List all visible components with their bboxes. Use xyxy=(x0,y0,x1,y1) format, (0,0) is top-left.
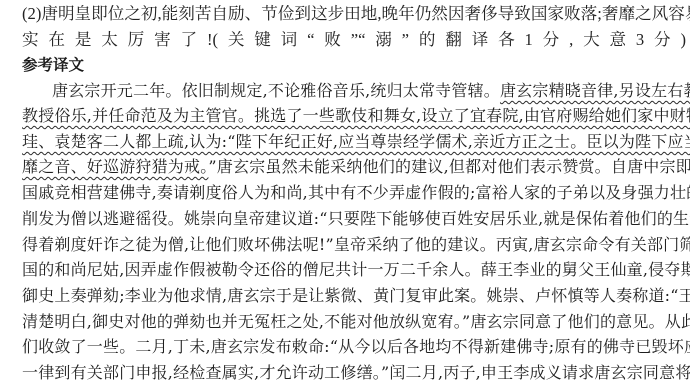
wavy-underlined-text: 珪、袁楚客二人都上疏,认为:“陛下年纪正好,应当尊崇经学儒术,亲近方正之士。臣以… xyxy=(22,132,690,151)
wavy-underlined-text: 教授俗乐,并任命范及为主管官。挑选了一些歌伎和舞女,设立了宜春院,由官府赐给她们… xyxy=(22,106,690,125)
translation-line: 得着剃度奸诈之徒为僧,让他们败坏佛法呢!”皇帝采纳了他的建议。丙寅,唐玄宗命令有… xyxy=(22,234,686,256)
translation-line: 一律到有关部门申报,经检查属实,才允许动工修缮。”闰二月,丙子,申王李成义请求唐… xyxy=(22,362,686,384)
wavy-underlined-text: 靡之音、好巡游狩猎为戒。 xyxy=(22,157,208,176)
answer-line-2: 实在是太厉害了!(关键词“败”“溺”的翻译各1分,大意3分) xyxy=(22,29,686,51)
translation-line: 们收敛了一些。二月,丁未,唐玄宗发布敕命:“从今以后各地均不得新建佛寺;原有的佛… xyxy=(22,336,686,358)
translation-line: 珪、袁楚客二人都上疏,认为:“陛下年纪正好,应当尊崇经学儒术,亲近方正之士。臣以… xyxy=(22,131,686,153)
wavy-underlined-text: 唐玄宗精晓音律,另设左右教坊来负责 xyxy=(500,81,690,100)
translation-line: 靡之音、好巡游狩猎为戒。”唐玄宗虽然未能采纳他们的建议,但都对他们表示赞赏。自唐… xyxy=(22,156,686,178)
translation-line: 唐玄宗开元二年。依旧制规定,不论雅俗音乐,统归太常寺管辖。唐玄宗精晓音律,另设左… xyxy=(52,80,686,102)
translation-line: 清楚明白,御史对他的弹劾也并无冤枉之处,不能对他放纵宽宥。”唐玄宗同意了他们的意… xyxy=(22,311,686,333)
document-page: (2)唐明皇即位之初,能刻苦自励、节俭到这步田地,晚年仍然因奢侈导致国家败落;奢… xyxy=(0,0,690,391)
translation-line: 御史上奏弹劾;李业为他求情,唐玄宗于是让紫微、黄门复审此案。姚崇、卢怀慎等人奏称… xyxy=(22,285,686,307)
translation-line: 国的和尚尼姑,因弄虚作假被勒令还俗的僧尼共计一万二千余人。薛王李业的舅父王仙童,… xyxy=(22,259,686,281)
translation-line: 削发为僧以逃避徭役。姚崇向皇帝建议道:“只要陛下能够使百姓安居乐业,就是保佑着他… xyxy=(22,208,686,230)
translation-line: 教授俗乐,并任命范及为主管官。挑选了一些歌伎和舞女,设立了宜春院,由官府赐给她们… xyxy=(22,105,686,127)
plain-text: ”唐玄宗虽然未能采纳他们的建议,但都对他们表示赞赏。自唐中宗即位以来,皇亲 xyxy=(208,157,690,176)
translation-line: 国戚竞相营建佛寺,奏请剃度俗人为和尚,其中有不少弄虚作假的;富裕人家的子弟以及身… xyxy=(22,182,686,204)
translation-heading: 参考译文 xyxy=(22,54,84,76)
answer-line-1: (2)唐明皇即位之初,能刻苦自励、节俭到这步田地,晚年仍然因奢侈导致国家败落;奢… xyxy=(22,3,686,25)
plain-text: 唐玄宗开元二年。依旧制规定,不论雅俗音乐,统归太常寺管辖。 xyxy=(52,81,500,100)
